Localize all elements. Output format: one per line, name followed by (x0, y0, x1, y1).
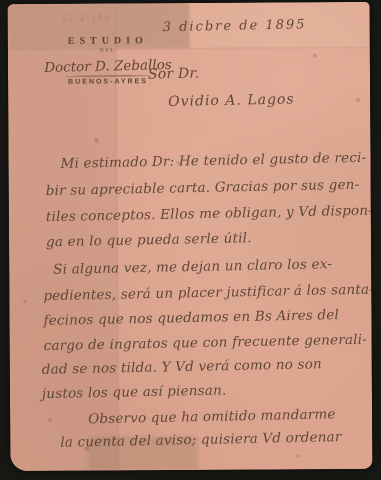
letter-line: cargo de ingratos que con frecuente gene… (44, 332, 368, 354)
letter-line: Si alguna vez, me dejan un claro los ex- (53, 256, 332, 278)
letterhead-flourish-rule (65, 75, 151, 77)
letter-page: CL-2-195 ESTUDIO DEL Doctor D. Zeballos … (8, 2, 373, 471)
foxing-spot (313, 54, 317, 57)
letterhead-studio: ESTUDIO (44, 35, 172, 47)
letter-line: Mi estimado Dr: He tenido el gusto de re… (60, 150, 366, 172)
salutation: Sor Dr. (148, 66, 200, 83)
letter-line: pedientes, será un placer justificar á l… (43, 282, 372, 305)
letter-line: Observo que ha omitido mandarme (88, 406, 336, 427)
letter-line: fecinos que nos quedamos en Bs Aires del (43, 307, 339, 329)
foxing-spot (356, 98, 360, 102)
letter-line: dad se nos tilda. Y Vd verá como no son (42, 356, 322, 378)
letter-line: la cuenta del aviso; quisiera Vd ordenar (60, 429, 342, 451)
letter-line: ga en lo que pueda serle útil. (46, 230, 252, 250)
foxing-spot (296, 454, 299, 457)
foxing-spot (48, 419, 52, 422)
letter-line: justos los que así piensan. (42, 382, 227, 402)
letterhead-del: DEL (44, 48, 172, 54)
foxing-spot (94, 139, 98, 143)
letter-line: tiles conceptos. Ellos me obligan, y Vd … (46, 203, 373, 226)
addressee-name: Ovidio A. Lagos (168, 91, 295, 110)
letter-line: bir su apreciable carta. Gracias por sus… (46, 177, 360, 199)
archival-catalog-note: CL-2-195 (63, 13, 111, 23)
foxing-spot (23, 300, 26, 303)
fold-discoloration-left-column (8, 48, 119, 471)
date-line: 3 dicbre de 1895 (163, 17, 307, 35)
